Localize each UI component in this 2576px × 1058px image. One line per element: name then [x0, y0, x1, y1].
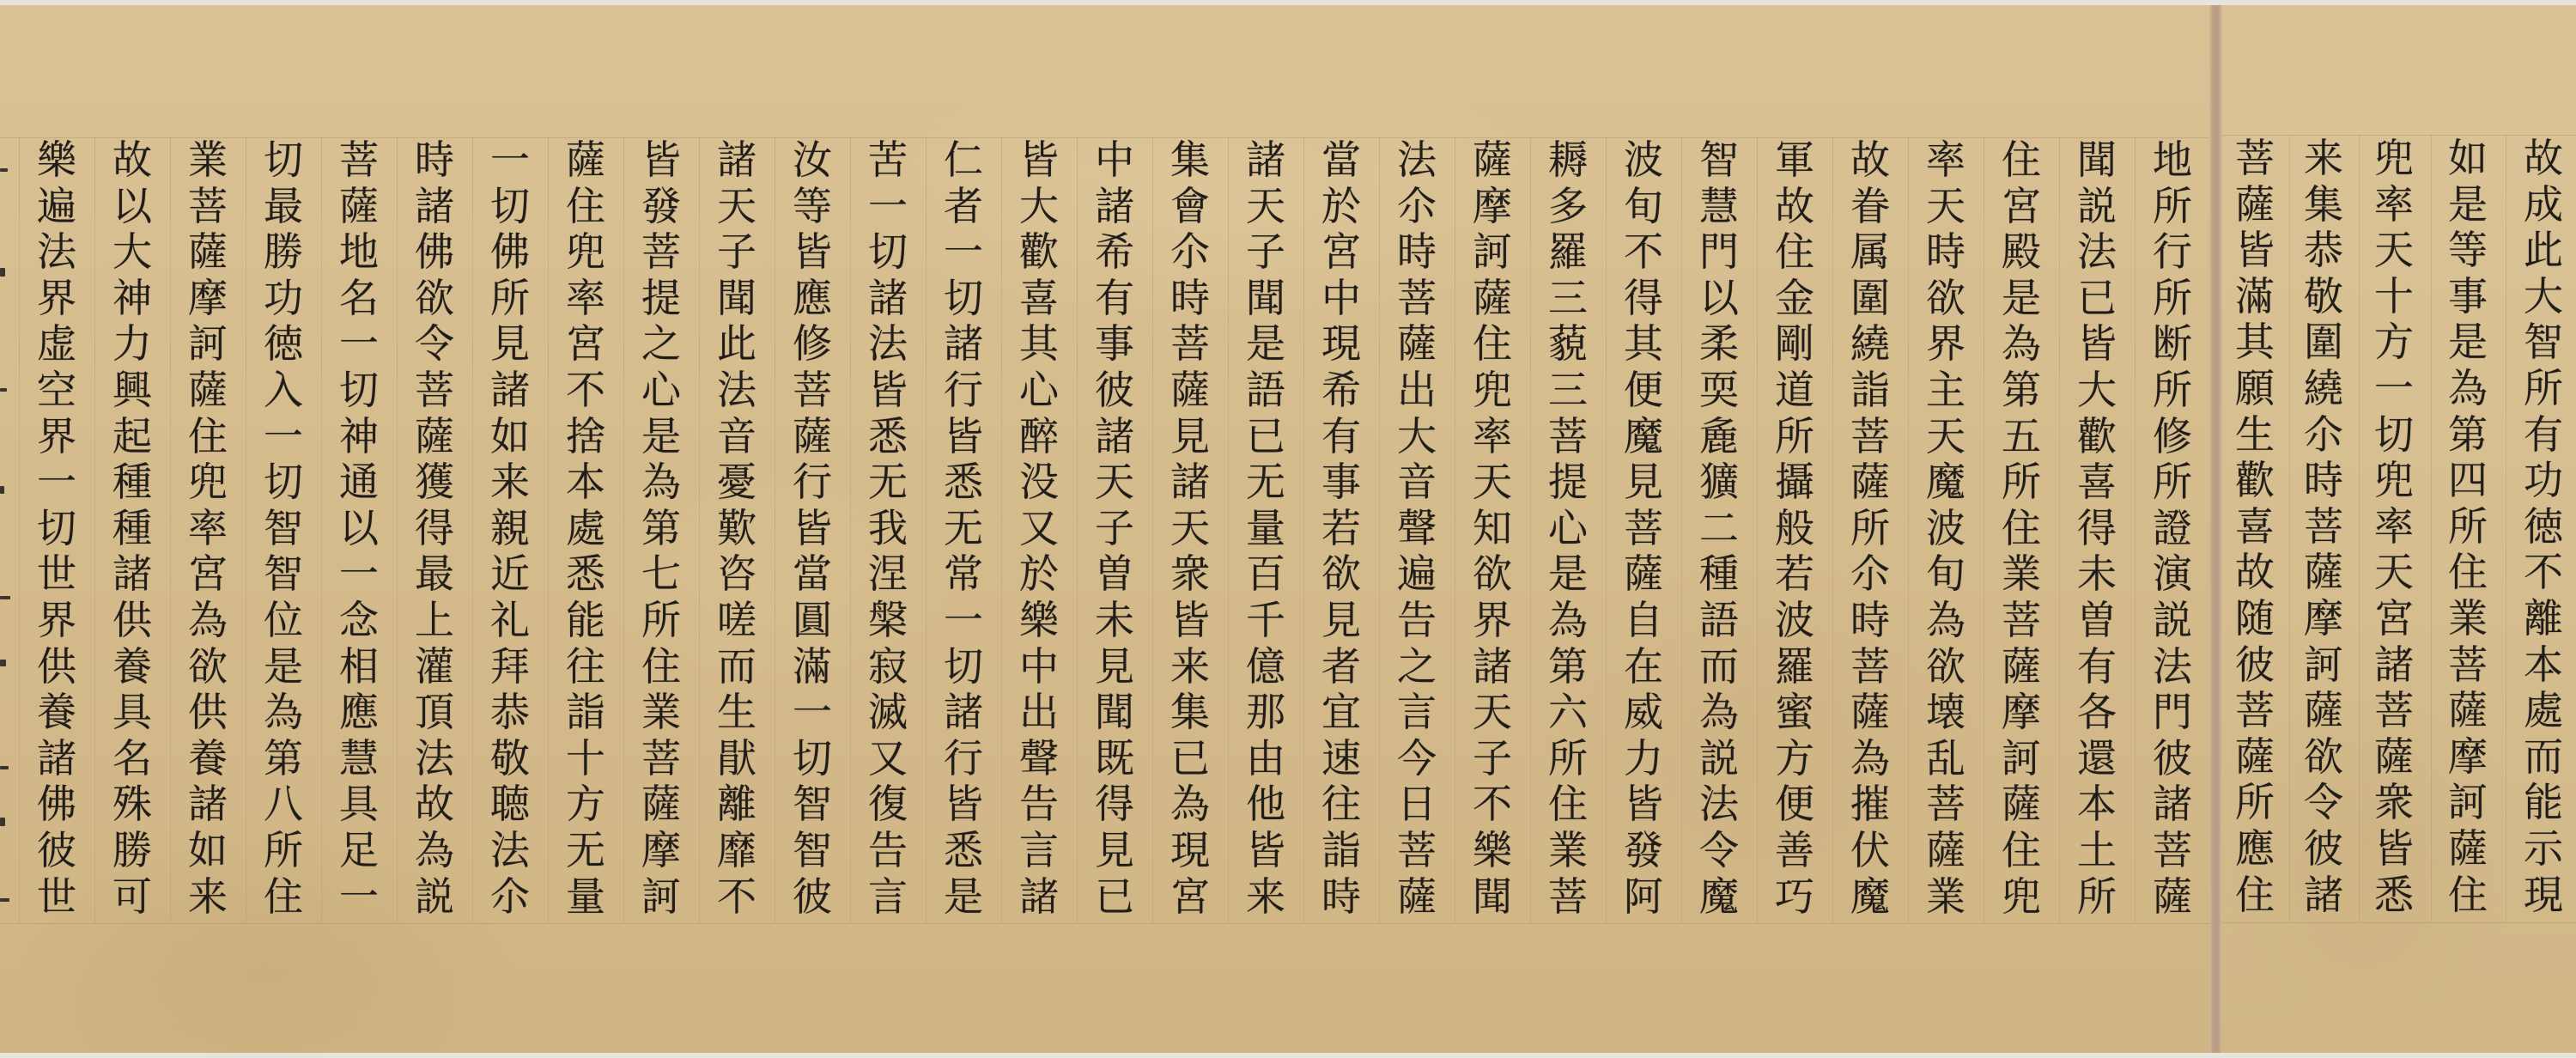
- text-column-r1: 故成此大智所有功徳不離本處而能示現: [2506, 136, 2576, 921]
- glyph: 子: [1077, 506, 1152, 552]
- glyph: 皆: [1606, 781, 1681, 828]
- glyph: 為: [1908, 598, 1984, 644]
- glyph: 一: [775, 690, 850, 736]
- glyph: 无: [926, 506, 1001, 552]
- glyph: 行: [926, 368, 1001, 414]
- glyph: 説: [2059, 184, 2135, 230]
- glyph: 法: [397, 736, 472, 782]
- glyph: 言: [1379, 690, 1455, 736]
- glyph: 遍: [19, 184, 94, 230]
- glyph: 一: [472, 137, 548, 184]
- glyph: 聞: [1228, 276, 1303, 322]
- glyph: 諸: [2356, 642, 2432, 689]
- glyph: 欲: [1455, 551, 1530, 598]
- glyph: 藐: [1530, 321, 1606, 368]
- glyph: 那: [1228, 690, 1303, 736]
- glyph: 常: [926, 551, 1001, 598]
- glyph: 一: [926, 598, 1001, 644]
- glyph: 如: [2430, 136, 2506, 182]
- glyph: 所: [2135, 459, 2210, 506]
- glyph: 未: [1077, 598, 1152, 644]
- glyph: 仁: [926, 137, 1001, 184]
- glyph: 切: [246, 459, 321, 506]
- glyph: 見: [1077, 644, 1152, 690]
- glyph: 説: [1681, 736, 1757, 782]
- glyph: 業: [1908, 874, 1984, 921]
- glyph: 一: [321, 874, 397, 921]
- glyph: 言: [1001, 828, 1077, 874]
- glyph: 来: [1228, 874, 1303, 921]
- glyph: 皆: [775, 229, 850, 276]
- glyph: 魔: [1681, 874, 1757, 921]
- glyph: 天: [1908, 184, 1984, 230]
- glyph: 為: [1152, 781, 1228, 828]
- glyph: 空: [19, 368, 94, 414]
- glyph: 法: [1379, 137, 1455, 184]
- glyph: 天: [1455, 690, 1530, 736]
- glyph: 薩: [1152, 368, 1228, 414]
- glyph: 方: [2356, 319, 2432, 366]
- glyph: 法: [472, 828, 548, 874]
- glyph: 法: [2135, 644, 2210, 690]
- glyph: 中: [1303, 276, 1379, 322]
- glyph: 十: [548, 736, 623, 782]
- glyph: 諸: [850, 276, 926, 322]
- glyph: 宮: [2356, 596, 2432, 642]
- glyph: 訶: [1455, 229, 1530, 276]
- glyph: 率: [1908, 137, 1984, 184]
- glyph: 天: [1077, 459, 1152, 506]
- glyph: 三: [1530, 368, 1606, 414]
- glyph: 彼: [1077, 368, 1152, 414]
- glyph: 由: [1228, 736, 1303, 782]
- glyph: 業: [623, 690, 699, 736]
- glyph: 起: [94, 414, 170, 460]
- glyph: 當: [1303, 137, 1379, 184]
- glyph: 寂: [850, 644, 926, 690]
- glyph: 生: [699, 690, 775, 736]
- glyph: 佛: [472, 229, 548, 276]
- glyph: 薩: [170, 368, 246, 414]
- glyph: 往: [548, 644, 623, 690]
- glyph: 薩: [2135, 874, 2210, 921]
- glyph: 菩: [1832, 414, 1908, 460]
- glyph: 在: [1606, 644, 1681, 690]
- glyph: 第: [1984, 368, 2059, 414]
- glyph: 礼: [472, 598, 548, 644]
- glyph: 属: [1832, 229, 1908, 276]
- glyph: 法: [1681, 781, 1757, 828]
- glyph: 應: [321, 690, 397, 736]
- glyph: 敬: [472, 736, 548, 782]
- glyph: 本: [548, 459, 623, 506]
- glyph: 薩: [1832, 690, 1908, 736]
- glyph: 菩: [775, 368, 850, 414]
- glyph: 智: [246, 506, 321, 552]
- glyph: 菩: [1606, 506, 1681, 552]
- glyph: 而: [1681, 644, 1757, 690]
- glyph: 圍: [1832, 276, 1908, 322]
- glyph: 苦: [850, 137, 926, 184]
- glyph: 摩: [2286, 596, 2361, 642]
- glyph: 喜: [2217, 504, 2293, 550]
- glyph: 住: [2217, 873, 2293, 919]
- glyph: 中: [1001, 644, 1077, 690]
- glyph: 薩: [1984, 644, 2059, 690]
- glyph: 出: [1379, 368, 1455, 414]
- glyph: 足: [321, 828, 397, 874]
- glyph: 諸: [699, 137, 775, 184]
- glyph: 一: [321, 321, 397, 368]
- glyph: 其: [1606, 321, 1681, 368]
- glyph: 金: [1757, 276, 1832, 322]
- glyph: 詣: [1303, 828, 1379, 874]
- glyph: 供: [170, 690, 246, 736]
- glyph: 他: [1228, 781, 1303, 828]
- glyph: 會: [1152, 184, 1228, 230]
- glyph: 功: [2506, 458, 2576, 504]
- glyph: 界: [19, 414, 94, 460]
- glyph: 薩: [1379, 321, 1455, 368]
- glyph: 薩: [1908, 828, 1984, 874]
- glyph: 是: [1228, 321, 1303, 368]
- glyph: 親: [472, 506, 548, 552]
- text-column-r3: 兜率天十方一切兜率天宮諸菩薩衆皆悉: [2356, 136, 2432, 921]
- glyph: 薩: [1455, 137, 1530, 184]
- glyph: 曽: [1077, 551, 1152, 598]
- glyph: 處: [548, 506, 623, 552]
- glyph: 中: [1077, 137, 1152, 184]
- glyph: 天: [1228, 184, 1303, 230]
- glyph: 事: [1303, 459, 1379, 506]
- glyph: 菩: [1379, 828, 1455, 874]
- glyph: 薩: [2356, 734, 2432, 781]
- glyph: 所: [2135, 276, 2210, 322]
- glyph: 等: [775, 184, 850, 230]
- glyph: 修: [2135, 414, 2210, 460]
- glyph: 所: [1832, 506, 1908, 552]
- glyph: 摩: [2430, 734, 2506, 781]
- glyph: 具: [321, 781, 397, 828]
- glyph: 兜: [1455, 368, 1530, 414]
- glyph: 薩: [170, 229, 246, 276]
- manuscript-scroll: 故成此大智所有功徳不離本處而能示現 如是等事是為第四所住業菩薩摩訶薩住 兜率天十…: [0, 0, 2576, 1058]
- glyph: 曽: [2059, 598, 2135, 644]
- text-column-m6: 軍故住金剛道所攝般若波羅蜜方便善巧: [1757, 137, 1832, 922]
- glyph: 當: [775, 551, 850, 598]
- glyph: 三: [1530, 276, 1606, 322]
- glyph: 時: [1832, 598, 1908, 644]
- glyph: 六: [1530, 690, 1606, 736]
- glyph: 所: [2217, 780, 2293, 826]
- glyph: 恭: [472, 690, 548, 736]
- glyph: 為: [397, 828, 472, 874]
- glyph: 第: [623, 506, 699, 552]
- glyph: 名: [321, 276, 397, 322]
- glyph: 子: [699, 229, 775, 276]
- glyph: 宮: [1984, 184, 2059, 230]
- glyph: 薩: [2286, 688, 2361, 734]
- glyph: 住: [170, 414, 246, 460]
- text-column-m13: 諸天子聞是語已无量百千億那由他皆来: [1228, 137, 1303, 922]
- glyph: 没: [1001, 459, 1077, 506]
- glyph: 大: [1379, 414, 1455, 460]
- glyph: 其: [1001, 321, 1077, 368]
- glyph: 神: [94, 276, 170, 322]
- glyph: 聲: [1001, 736, 1077, 782]
- text-column-m12: 當於宮中現希有事若欲見者宜速往詣時: [1303, 137, 1379, 922]
- glyph: 薩: [548, 137, 623, 184]
- glyph: 力: [1606, 736, 1681, 782]
- glyph: 訶: [2430, 780, 2506, 826]
- glyph: 彼: [19, 828, 94, 874]
- glyph: 切: [775, 736, 850, 782]
- glyph: 界: [19, 598, 94, 644]
- glyph: 如: [170, 828, 246, 874]
- bottom-ruling-line-main: [0, 923, 2209, 924]
- glyph: 提: [623, 276, 699, 322]
- glyph: 薩: [623, 781, 699, 828]
- glyph: 便: [1757, 781, 1832, 828]
- glyph: 種: [94, 459, 170, 506]
- glyph: 演: [2135, 551, 2210, 598]
- glyph: 兜: [2356, 136, 2432, 182]
- glyph: 宮: [1152, 874, 1228, 921]
- glyph: 樂: [1455, 828, 1530, 874]
- glyph: 得: [1606, 276, 1681, 322]
- glyph: 心: [623, 368, 699, 414]
- text-column-r5: 菩薩皆滿其願生歡喜故随彼菩薩所應住: [2217, 136, 2293, 921]
- glyph: 宮: [170, 551, 246, 598]
- glyph: 所: [2135, 184, 2210, 230]
- glyph: 諸: [1077, 184, 1152, 230]
- glyph: 興: [94, 368, 170, 414]
- glyph: 天: [1908, 414, 1984, 460]
- glyph: 切: [850, 229, 926, 276]
- glyph: 門: [1681, 229, 1757, 276]
- glyph: 言: [850, 874, 926, 921]
- glyph: 歎: [699, 506, 775, 552]
- glyph: 行: [2135, 229, 2210, 276]
- glyph: 菩: [1530, 874, 1606, 921]
- glyph: 槃: [850, 598, 926, 644]
- glyph: 諸: [19, 736, 94, 782]
- glyph: 菩: [2356, 688, 2432, 734]
- glyph: 種: [1681, 551, 1757, 598]
- glyph: 魔: [1908, 459, 1984, 506]
- glyph: 耎: [1681, 368, 1757, 414]
- glyph: 菩: [2286, 504, 2361, 550]
- glyph: 離: [699, 781, 775, 828]
- glyph: 如: [472, 414, 548, 460]
- glyph: 時: [1379, 229, 1455, 276]
- glyph: 養: [19, 690, 94, 736]
- glyph: 歡: [1001, 229, 1077, 276]
- glyph: 薩: [397, 414, 472, 460]
- glyph: 所: [1530, 736, 1606, 782]
- glyph: 尒: [1379, 184, 1455, 230]
- glyph: 摩: [1984, 690, 2059, 736]
- glyph: 未: [2059, 551, 2135, 598]
- glyph: 第: [2430, 412, 2506, 459]
- glyph: 菩: [1832, 644, 1908, 690]
- text-column-m1: 地所行所断所修所證演説法門彼諸菩薩: [2135, 137, 2210, 922]
- glyph: 喜: [1001, 276, 1077, 322]
- glyph: 養: [94, 644, 170, 690]
- glyph: 子: [1455, 736, 1530, 782]
- glyph: 智: [1681, 137, 1757, 184]
- glyph: 菩: [397, 368, 472, 414]
- glyph: 行: [775, 459, 850, 506]
- glyph: 薩: [1379, 874, 1455, 921]
- glyph: 羅: [1530, 229, 1606, 276]
- text-column-m8: 波旬不得其便魔見菩薩自在威力皆發阿: [1606, 137, 1681, 922]
- glyph: 方: [1757, 736, 1832, 782]
- glyph: 知: [1455, 506, 1530, 552]
- glyph: 地: [2135, 137, 2210, 184]
- glyph: 尒: [1152, 229, 1228, 276]
- glyph: 諸: [1001, 874, 1077, 921]
- glyph: 應: [2217, 826, 2293, 873]
- glyph: 軍: [1757, 137, 1832, 184]
- glyph: 波: [1908, 506, 1984, 552]
- glyph: 来: [472, 459, 548, 506]
- glyph: 住: [246, 874, 321, 921]
- glyph: 悉: [2356, 873, 2432, 919]
- glyph: 菩: [1984, 598, 2059, 644]
- glyph: 若: [1757, 551, 1832, 598]
- glyph: 攝: [1757, 459, 1832, 506]
- glyph: 一: [850, 184, 926, 230]
- text-column-m25: 菩薩地名一切神通以一念相應慧具足一: [321, 137, 397, 922]
- glyph: 已: [2059, 276, 2135, 322]
- glyph: 薩: [2430, 826, 2506, 873]
- glyph: 拜: [472, 644, 548, 690]
- glyph: 有: [1303, 414, 1379, 460]
- glyph: 得: [2059, 506, 2135, 552]
- glyph: 巧: [1757, 874, 1832, 921]
- glyph: 欲: [1908, 644, 1984, 690]
- glyph: 徳: [2506, 504, 2576, 550]
- glyph: 天: [1152, 506, 1228, 552]
- glyph: 欲: [2286, 734, 2361, 781]
- glyph: 摩: [623, 828, 699, 874]
- text-column-m16: 皆大歡喜其心醉没又於樂中出聲告言諸: [1001, 137, 1077, 922]
- glyph: 得: [397, 506, 472, 552]
- text-column-m23: 一切佛所見諸如来親近礼拜恭敬聴法尒: [472, 137, 548, 922]
- glyph: 殊: [94, 781, 170, 828]
- glyph: 皆: [1228, 828, 1303, 874]
- glyph: 於: [1303, 184, 1379, 230]
- glyph: 住: [1984, 828, 2059, 874]
- glyph: 滿: [2217, 274, 2293, 320]
- glyph: 不: [1455, 781, 1530, 828]
- glyph: 悉: [926, 459, 1001, 506]
- glyph: 念: [321, 598, 397, 644]
- glyph: 菩: [623, 736, 699, 782]
- glyph: 所: [472, 276, 548, 322]
- glyph: 魔: [1832, 874, 1908, 921]
- glyph: 最: [246, 184, 321, 230]
- glyph: 故: [94, 137, 170, 184]
- text-column-m20: 諸天子聞此法音憂歎咨嗟而生猒離靡不: [699, 137, 775, 922]
- glyph: 希: [1303, 368, 1379, 414]
- glyph: 五: [1984, 414, 2059, 460]
- glyph: 蜜: [1757, 690, 1832, 736]
- glyph: 時: [1152, 276, 1228, 322]
- glyph: 切: [246, 137, 321, 184]
- glyph: 見: [1303, 598, 1379, 644]
- glyph: 時: [1303, 874, 1379, 921]
- glyph: 界: [1908, 321, 1984, 368]
- glyph: 聲: [1379, 506, 1455, 552]
- glyph: 皆: [1152, 598, 1228, 644]
- scan-margin-bottom: [0, 1053, 2576, 1058]
- glyph: 詣: [1832, 368, 1908, 414]
- glyph: 百: [1228, 551, 1303, 598]
- glyph: 入: [246, 368, 321, 414]
- glyph: 菩: [170, 184, 246, 230]
- glyph: 希: [1077, 229, 1152, 276]
- glyph: 捨: [548, 414, 623, 460]
- glyph: 聞: [2059, 137, 2135, 184]
- glyph: 智: [2506, 319, 2576, 366]
- glyph: 所: [2059, 874, 2135, 921]
- glyph: 告: [1001, 781, 1077, 828]
- glyph: 欲: [1908, 276, 1984, 322]
- glyph: 上: [397, 598, 472, 644]
- glyph: 見: [1077, 828, 1152, 874]
- glyph: 是: [2430, 182, 2506, 228]
- glyph: 等: [2430, 228, 2506, 274]
- glyph: 諸: [2286, 873, 2361, 919]
- glyph: 故: [397, 781, 472, 828]
- glyph: 无: [1228, 459, 1303, 506]
- glyph: 有: [1077, 276, 1152, 322]
- glyph: 時: [397, 137, 472, 184]
- glyph: 種: [94, 506, 170, 552]
- glyph: 時: [2286, 458, 2361, 504]
- glyph: 菩: [2135, 828, 2210, 874]
- glyph: 虚: [19, 321, 94, 368]
- glyph: 本: [2506, 642, 2576, 689]
- glyph: 業: [170, 137, 246, 184]
- glyph: 圓: [775, 598, 850, 644]
- glyph: 伏: [1832, 828, 1908, 874]
- glyph: 兜: [548, 229, 623, 276]
- glyph: 諸: [2135, 781, 2210, 828]
- glyph: 是: [2430, 319, 2506, 366]
- text-column-m17: 仁者一切諸行皆悉无常一切諸行皆悉是: [926, 137, 1001, 922]
- glyph: 切: [926, 276, 1001, 322]
- glyph: 諸: [94, 551, 170, 598]
- glyph: 不: [1606, 229, 1681, 276]
- glyph: 壊: [1908, 690, 1984, 736]
- glyph: 八: [246, 781, 321, 828]
- glyph: 告: [1379, 598, 1455, 644]
- glyph: 業: [1984, 551, 2059, 598]
- glyph: 所: [1984, 459, 2059, 506]
- glyph: 皆: [2059, 321, 2135, 368]
- glyph: 一: [321, 551, 397, 598]
- glyph: 所: [623, 598, 699, 644]
- glyph: 土: [2059, 828, 2135, 874]
- glyph: 集: [1152, 137, 1228, 184]
- glyph: 率: [170, 506, 246, 552]
- glyph: 衆: [1152, 551, 1228, 598]
- glyph: 道: [1757, 368, 1832, 414]
- glyph: 集: [2286, 182, 2361, 228]
